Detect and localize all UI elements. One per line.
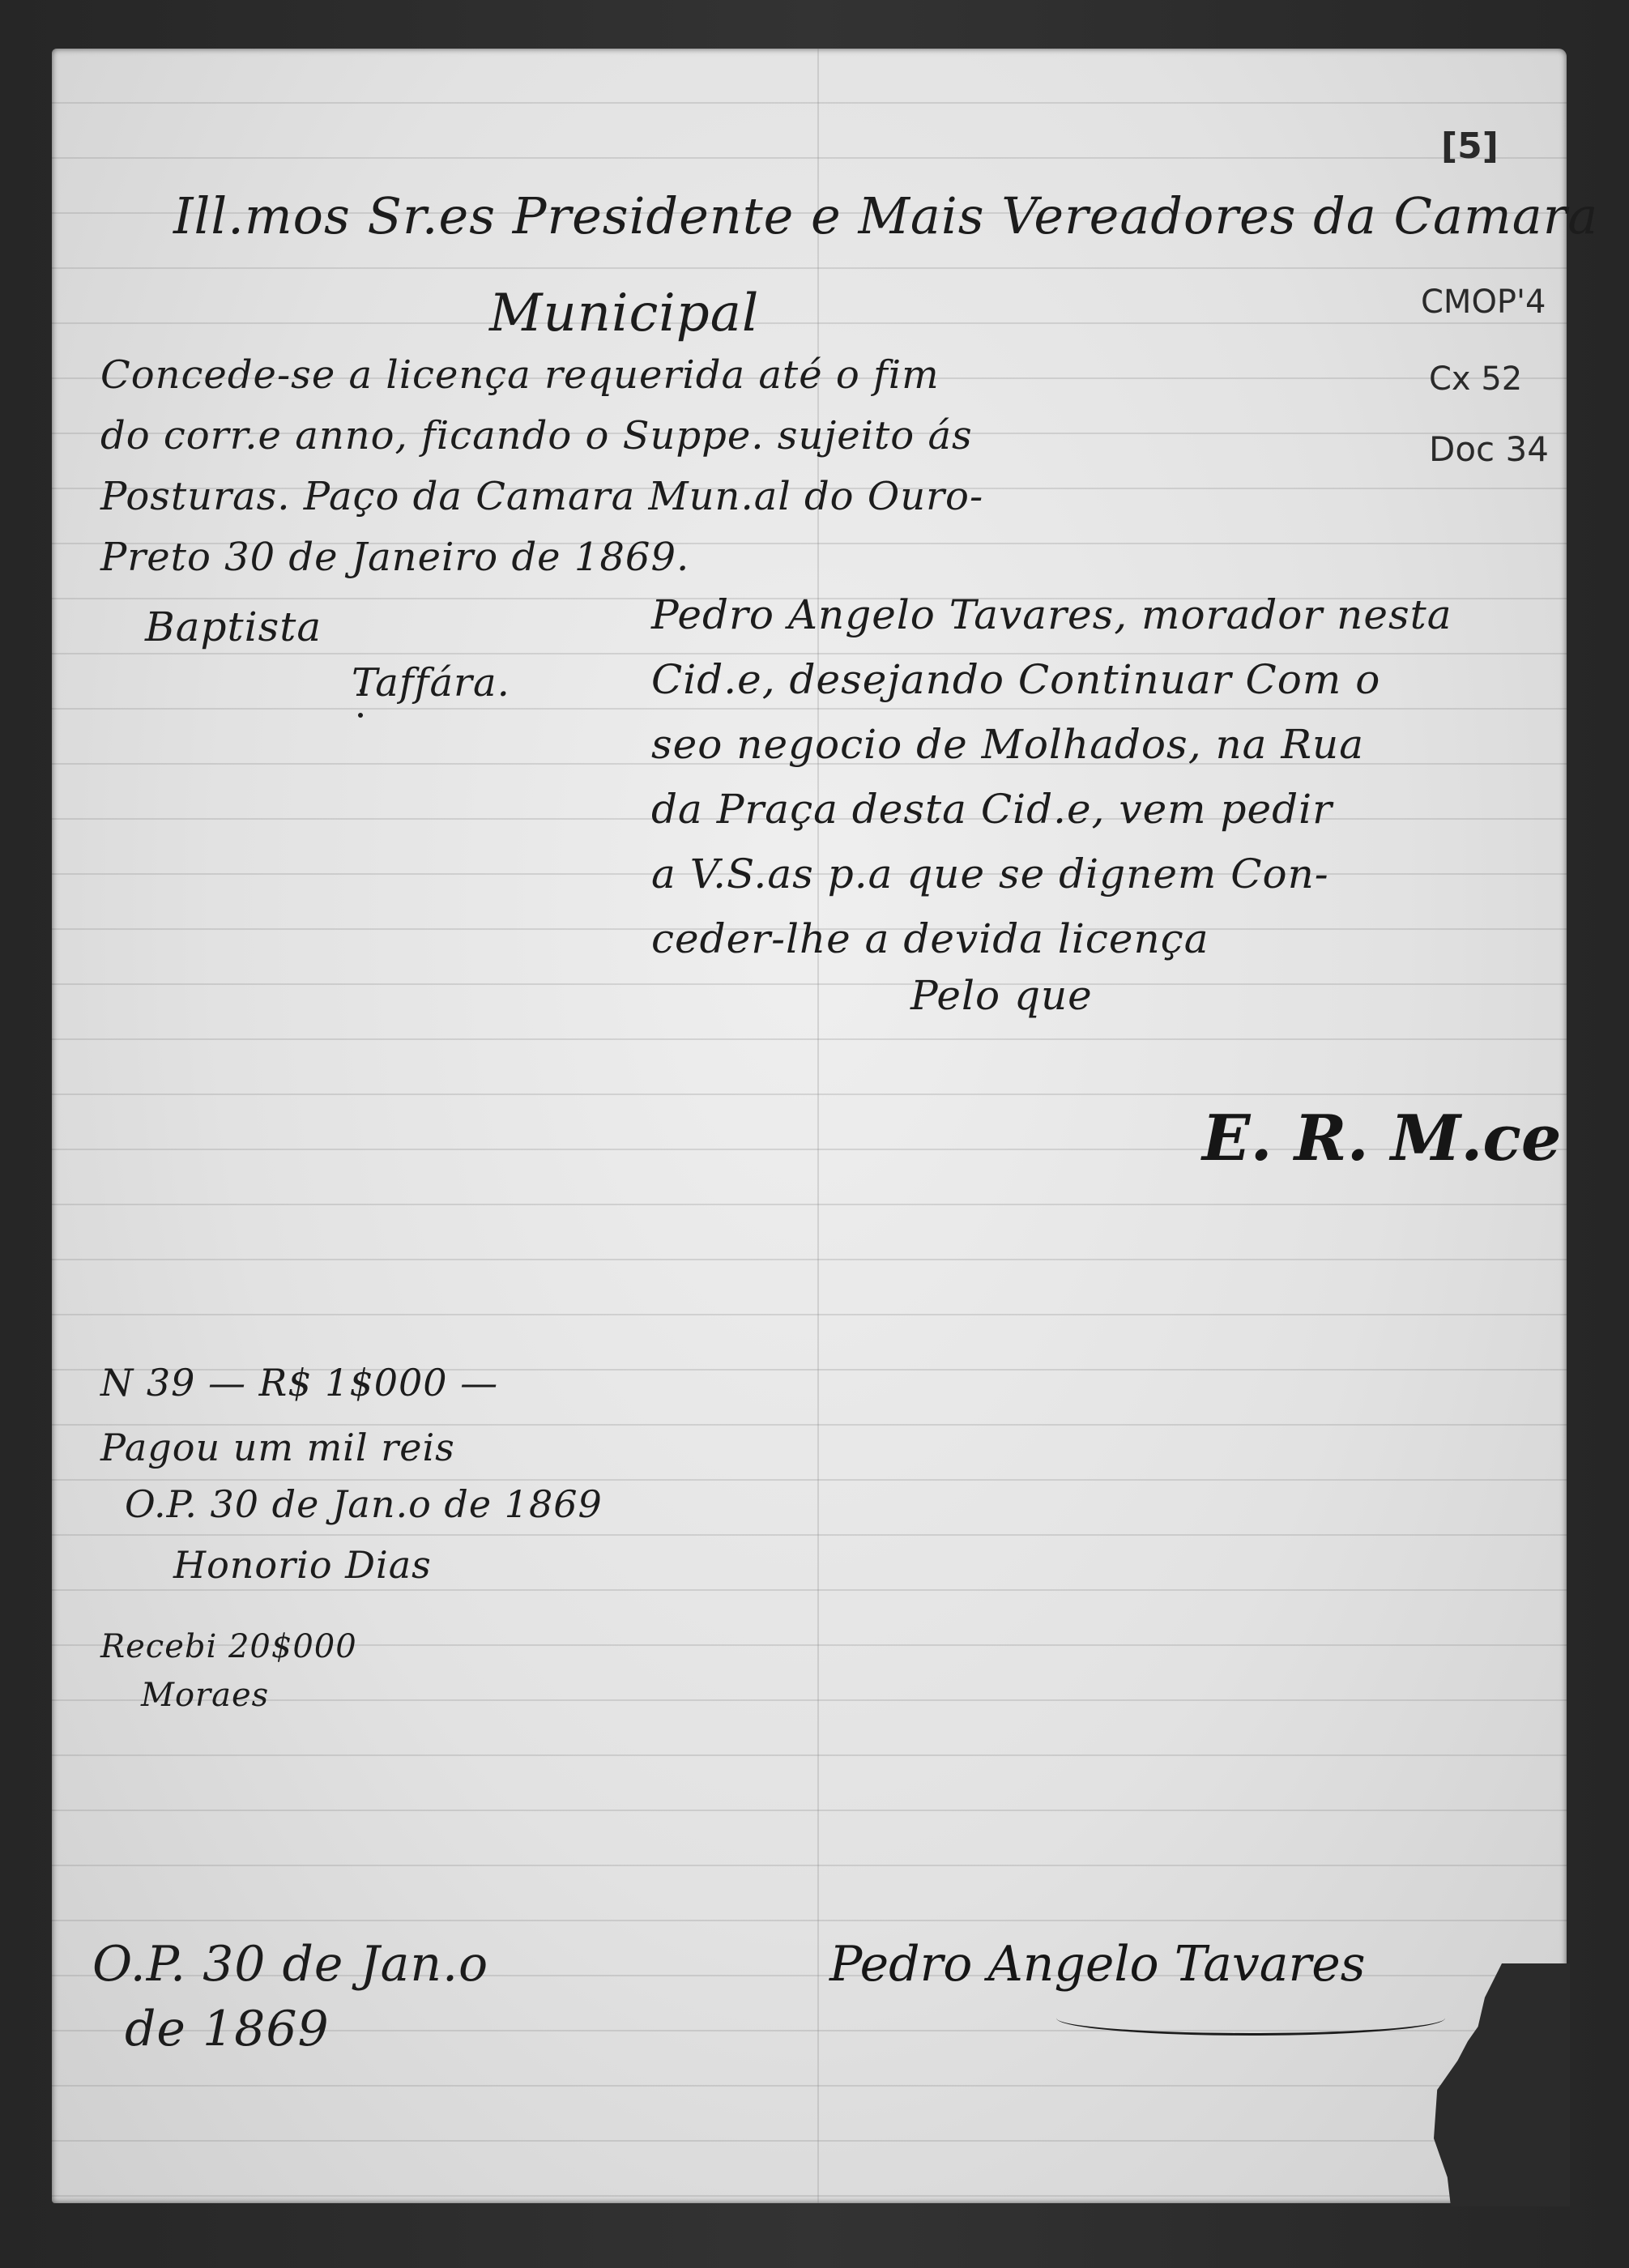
archive-page-number: [5] xyxy=(1441,126,1499,167)
petition-line-1: Pedro Angelo Tavares, morador nesta xyxy=(651,591,1452,638)
petition-line-5: a V.S.as p.a que se dignem Con- xyxy=(651,850,1329,897)
archive-box-label: Cx 52 xyxy=(1429,360,1522,398)
petition-line-3: seo negocio de Molhados, na Rua xyxy=(651,721,1364,768)
fee-note-line-1: Recebi 20$000 xyxy=(100,1628,357,1665)
despacho-line-2: do corr.e anno, ficando o Suppe. sujeito… xyxy=(100,413,973,458)
receipt-line-2: Pagou um mil reis xyxy=(100,1426,455,1469)
despacho-signature-taffara: Taffára. xyxy=(352,660,510,706)
despacho-line-3: Posturas. Paço da Camara Mun.al do Ouro- xyxy=(100,474,983,519)
footer-place-date-line-2: de 1869 xyxy=(125,2001,330,2057)
ink-dot xyxy=(358,713,363,718)
despacho-line-1: Concede-se a licença requerida até o fim xyxy=(100,352,940,398)
torn-corner xyxy=(1400,1963,1570,2206)
archive-doc-label: Doc 34 xyxy=(1429,429,1549,469)
petition-line-4: da Praça desta Cid.e, vem pedir xyxy=(651,786,1333,833)
receipt-signature: Honorio Dias xyxy=(173,1543,432,1587)
footer-petitioner-signature: Pedro Angelo Tavares xyxy=(829,1936,1366,1993)
footer-place-date-line-1: O.P. 30 de Jan.o xyxy=(92,1936,488,1993)
manuscript-page: [5] CMOP'4 Cx 52 Doc 34 Ill.mos Sr.es Pr… xyxy=(52,49,1567,2203)
despacho-line-4: Preto 30 de Janeiro de 1869. xyxy=(100,535,689,580)
petition-line-6: ceder-lhe a devida licença xyxy=(651,915,1209,962)
petition-closing-erm: E. R. M.ce xyxy=(1202,1102,1562,1175)
petition-line-7: Pelo que xyxy=(910,972,1093,1019)
despacho-signature-baptista: Baptista xyxy=(145,603,322,650)
fee-note-signature: Moraes xyxy=(141,1677,269,1714)
receipt-line-1: N 39 — R$ 1$000 — xyxy=(100,1361,498,1405)
ink-dot xyxy=(360,688,365,693)
signature-flourish xyxy=(1056,2001,1445,2036)
archive-collection-label: CMOP'4 xyxy=(1421,283,1546,321)
petition-line-2: Cid.e, desejando Continuar Com o xyxy=(651,656,1380,703)
salutation-line-2: Municipal xyxy=(489,283,759,343)
salutation-line-1: Ill.mos Sr.es Presidente e Mais Vereador… xyxy=(173,186,1598,245)
receipt-line-3: O.P. 30 de Jan.o de 1869 xyxy=(125,1482,603,1526)
